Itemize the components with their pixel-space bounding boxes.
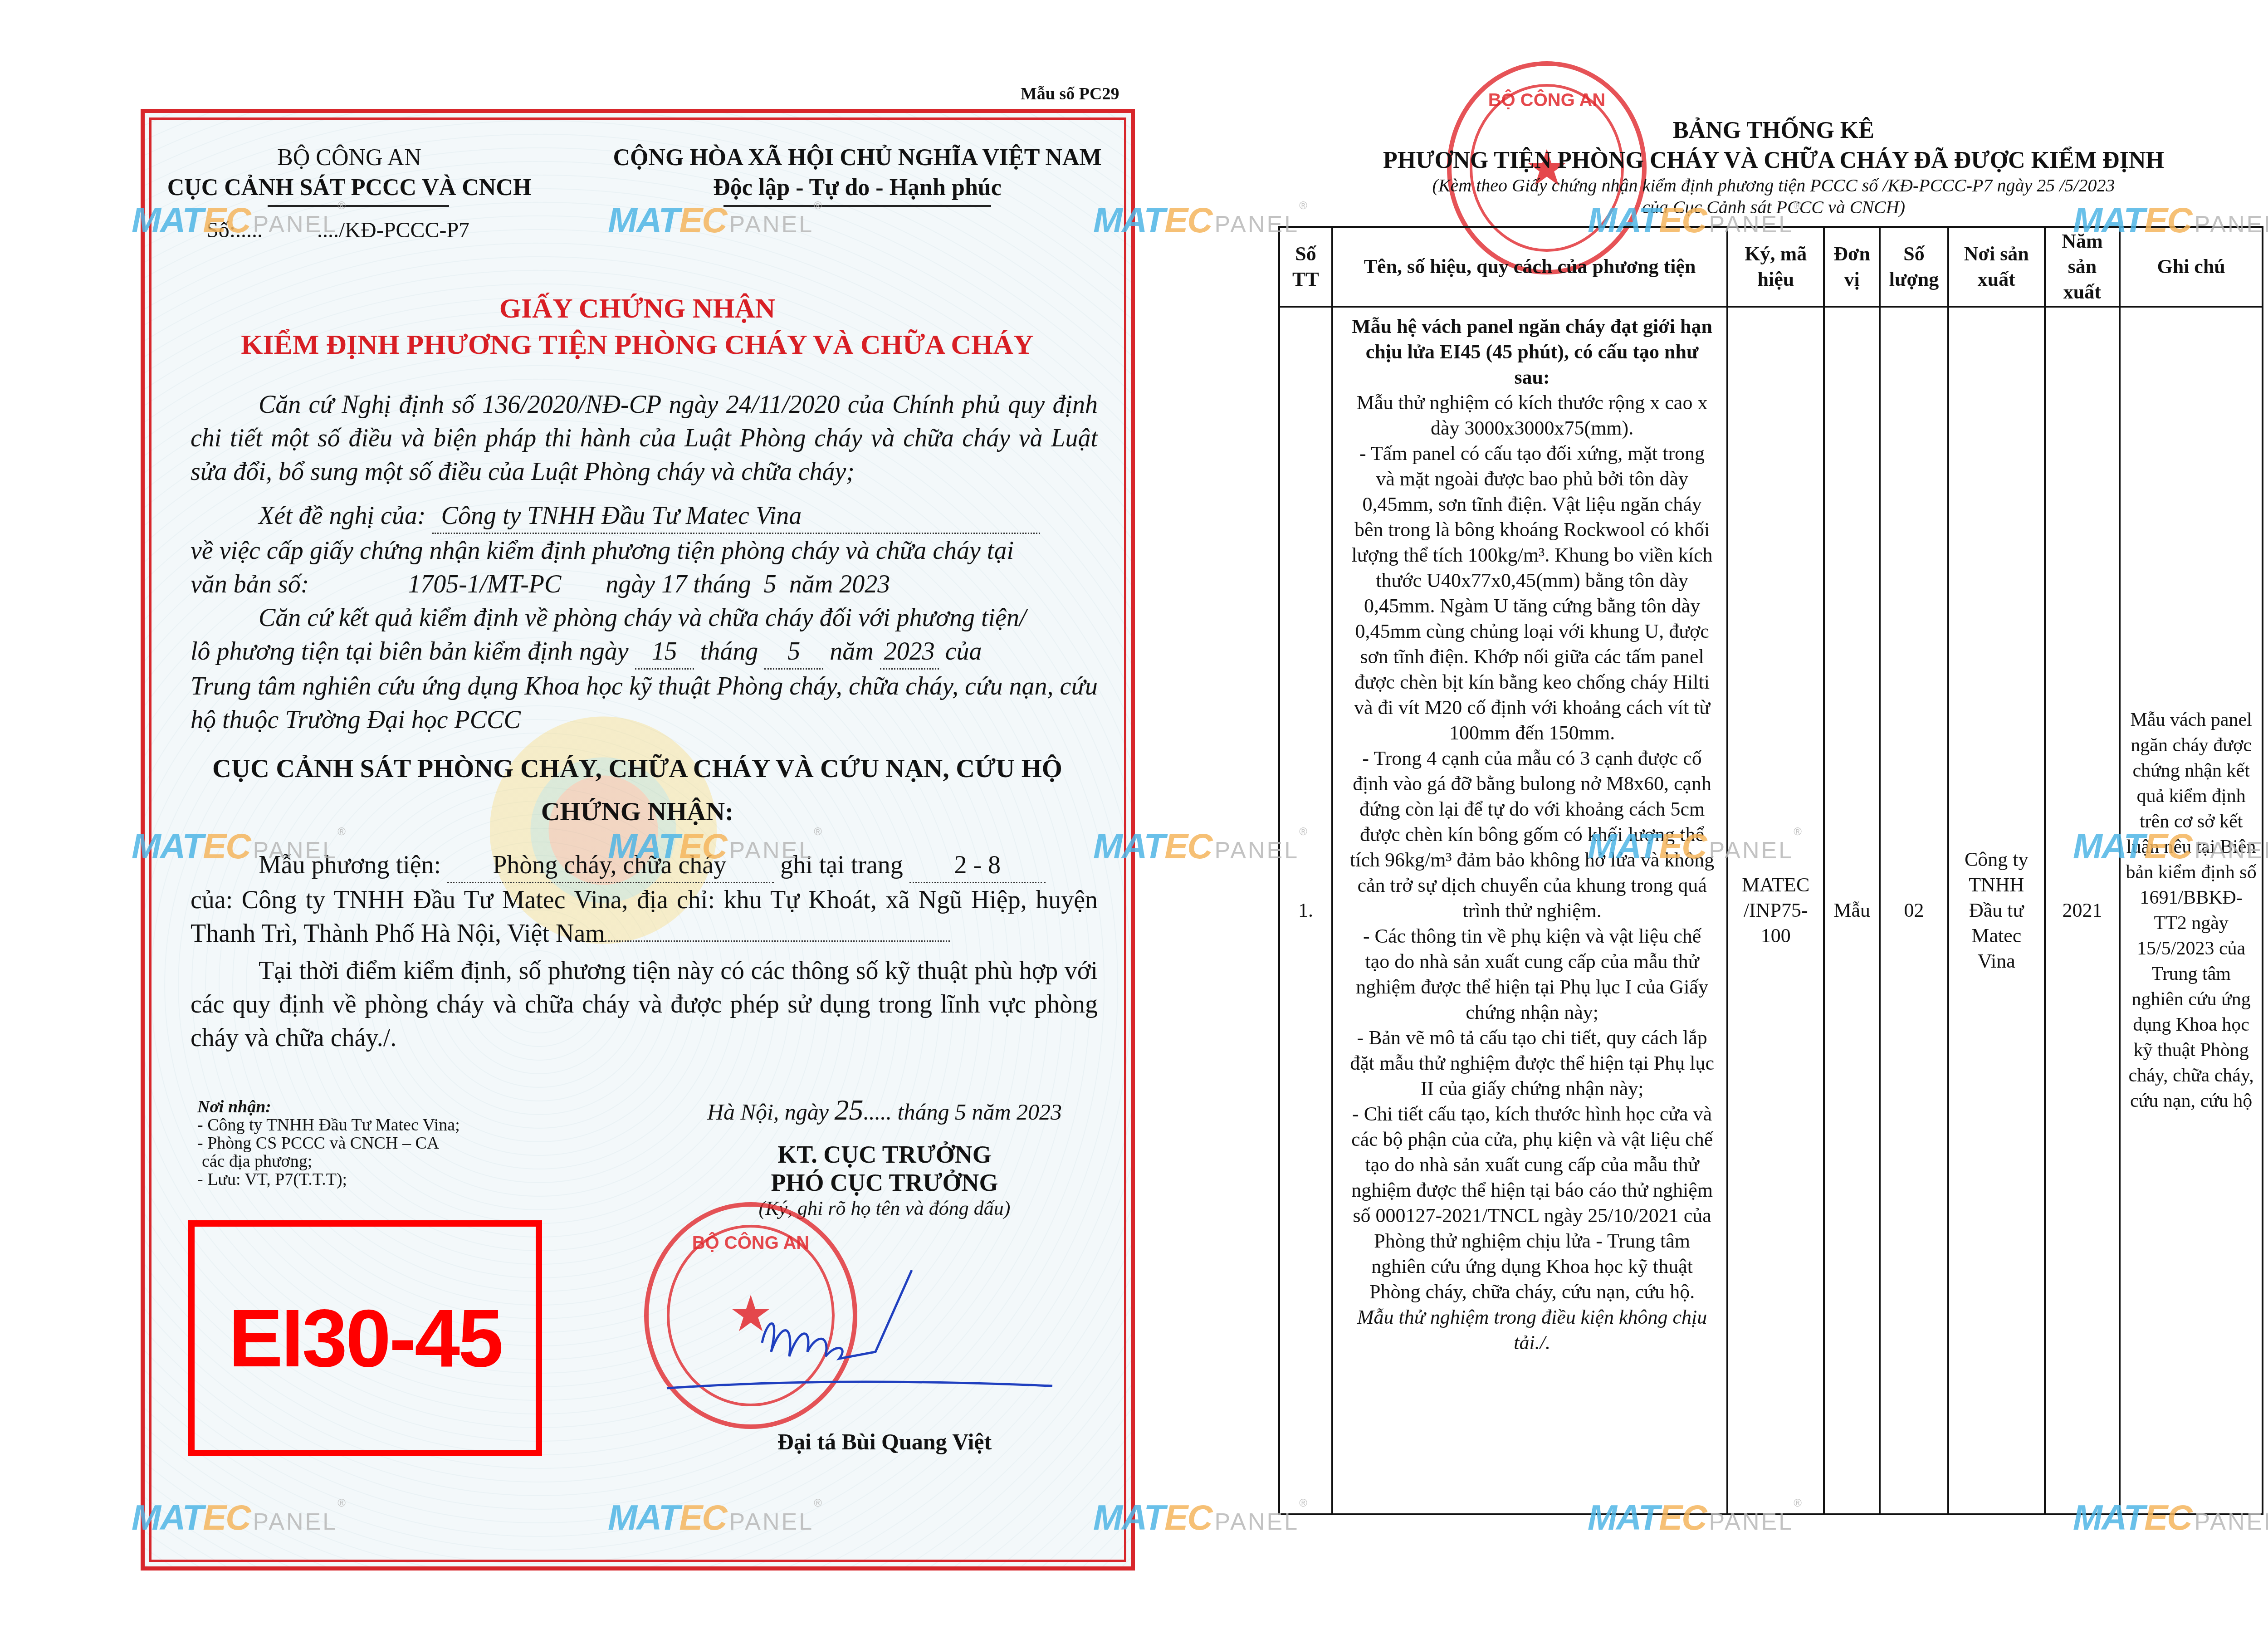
- result-day: 15: [635, 635, 694, 670]
- statistics-title: BẢNG THỐNG KÊ PHƯƠNG TIỆN PHÒNG CHÁY VÀ …: [1284, 116, 2263, 176]
- owner-text: Công ty TNHH Đầu Tư Matec Vina, địa chỉ:…: [191, 886, 1098, 948]
- result-line2-suffix: của: [945, 637, 982, 665]
- matec-panel-watermark-logo: MATECPANEL®: [1588, 826, 1802, 867]
- recipient-item: - Công ty TNHH Đầu Tư Matec Vina;: [197, 1116, 460, 1134]
- certificate-title: GIẤY CHỨNG NHẬN KIỂM ĐỊNH PHƯƠNG TIỆN PH…: [150, 290, 1125, 363]
- col-header-quantity: Số lượng: [1880, 227, 1948, 307]
- form-number: Mẫu số PC29: [1021, 84, 1119, 104]
- doc-ref-day: 17: [661, 570, 687, 598]
- proposal-company: Công ty TNHH Đầu Tư Matec Vina: [432, 499, 1040, 534]
- cell-model-code: MATEC /INP75-100: [1727, 307, 1824, 1514]
- matec-panel-watermark-logo: MATECPANEL®: [132, 826, 346, 867]
- recipient-item: - Phòng CS PCCC và CNCH – CA: [197, 1134, 460, 1152]
- col-header-manufacturer: Nơi sản xuất: [1948, 227, 2045, 307]
- description-lead: Mẫu hệ vách panel ngăn cháy đạt giới hạn…: [1349, 314, 1715, 390]
- document-reference: văn bản số: 1705-1/MT-PC ngày 17 tháng 5…: [191, 568, 1098, 601]
- fire-rating-badge: EI30-45: [188, 1220, 542, 1456]
- proposal-line2: về việc cấp giấy chứng nhận kiểm định ph…: [191, 534, 1098, 568]
- matec-panel-watermark-logo: MATECPANEL®: [1093, 1497, 1307, 1538]
- col-header-unit: Đơn vị: [1824, 227, 1880, 307]
- doc-ref-day-label: ngày: [606, 570, 655, 598]
- proposal-block: Xét đề nghị của: Công ty TNHH Đầu Tư Mat…: [191, 499, 1098, 737]
- matec-panel-watermark-logo: MATECPANEL®: [608, 1497, 822, 1538]
- result-line2-prefix: lô phương tiện tại biên bản kiểm định ng…: [191, 637, 629, 665]
- statistics-title-line1: BẢNG THỐNG KÊ: [1284, 116, 2263, 146]
- department-name: CỤC CẢNH SÁT PCCC VÀ CNCH: [150, 173, 549, 203]
- issuer-header: BỘ CÔNG AN CỤC CẢNH SÁT PCCC VÀ CNCH: [150, 143, 549, 203]
- result-month: 5: [764, 635, 823, 670]
- motto: Độc lập - Tự do - Hạnh phúc: [581, 173, 1134, 203]
- doc-ref-label: văn bản số:: [191, 570, 309, 598]
- matec-panel-watermark-logo: MATECPANEL®: [1588, 1497, 1802, 1538]
- matec-panel-watermark-logo: MATECPANEL®: [132, 200, 346, 241]
- place-date: Hà Nội, ngày 25..... tháng 5 năm 2023: [635, 1093, 1134, 1127]
- table-row: 1. Mẫu hệ vách panel ngăn cháy đạt giới …: [1279, 307, 2263, 1514]
- certificate-title-line1: GIẤY CHỨNG NHẬN: [150, 290, 1125, 327]
- owner-line: của: Công ty TNHH Đầu Tư Matec Vina, địa…: [191, 883, 1098, 950]
- doc-ref-month: 5: [764, 570, 777, 598]
- recipients-block: Nơi nhận: - Công ty TNHH Đầu Tư Matec Vi…: [197, 1098, 460, 1189]
- proposal-label: Xét đề nghị của:: [259, 502, 426, 530]
- cell-quantity: 02: [1880, 307, 1948, 1514]
- signer-title-1: KT. CỤC TRƯỞNG: [635, 1140, 1134, 1169]
- matec-panel-watermark-logo: MATECPANEL®: [1093, 826, 1307, 867]
- cell-note: Mẫu vách panel ngăn cháy được chứng nhận…: [2120, 307, 2263, 1514]
- matec-panel-watermark-logo: MATECPANEL®: [2073, 1497, 2268, 1538]
- certifies-heading: CHỨNG NHẬN:: [150, 796, 1125, 827]
- certification-details: Mẫu phương tiện: Phòng cháy, chữa cháy g…: [191, 848, 1098, 1055]
- signer-name: Đại tá Bùi Quang Việt: [635, 1429, 1134, 1455]
- signature-icon: [658, 1207, 1066, 1411]
- signer-title-2: PHÓ CỤC TRƯỞNG: [635, 1169, 1134, 1197]
- recipient-item: - Lưu: VT, P7(T.T.T);: [197, 1170, 460, 1189]
- statistics-subtitle-line1: (Kèm theo Giấy chứng nhận kiểm định phươ…: [1284, 175, 2263, 196]
- cell-unit: Mẫu: [1824, 307, 1880, 1514]
- result-year-label: năm: [830, 637, 873, 665]
- pages-value: 2 - 8: [909, 848, 1046, 883]
- conclusion-paragraph: Tại thời điểm kiểm định, số phương tiện …: [191, 954, 1098, 1055]
- place-date-suffix: ..... tháng 5 năm 2023: [864, 1099, 1062, 1125]
- matec-panel-watermark-logo: MATECPANEL®: [132, 1497, 346, 1538]
- description-line: Mẫu thử nghiệm có kích thước rộng x cao …: [1349, 390, 1715, 441]
- matec-panel-watermark-logo: MATECPANEL®: [1093, 200, 1307, 241]
- doc-ref-month-label: tháng: [693, 570, 751, 598]
- description-end: Mẫu thử nghiệm trong điều kiện không chị…: [1349, 1305, 1715, 1355]
- ministry-name: BỘ CÔNG AN: [150, 143, 549, 173]
- result-month-label: tháng: [700, 637, 758, 665]
- description-line: - Tấm panel có cấu tạo đối xứng, mặt tro…: [1349, 441, 1715, 746]
- legal-basis-paragraph: Căn cứ Nghị định số 136/2020/NĐ-CP ngày …: [191, 388, 1098, 489]
- cell-manufacturer: Công ty TNHH Đầu tư Matec Vina: [1948, 307, 2045, 1514]
- cell-description: Mẫu hệ vách panel ngăn cháy đạt giới hạn…: [1332, 307, 1728, 1514]
- doc-ref-year: 2023: [839, 570, 890, 598]
- statistics-title-line2: PHƯƠNG TIỆN PHÒNG CHÁY VÀ CHỮA CHÁY ĐÃ Đ…: [1284, 146, 2263, 176]
- owner-label: của:: [191, 886, 233, 914]
- recipients-label: Nơi nhận:: [197, 1097, 271, 1116]
- description-line: - Chi tiết cấu tạo, kích thước hình học …: [1349, 1101, 1715, 1305]
- certificate-title-line2: KIỂM ĐỊNH PHƯƠNG TIỆN PHÒNG CHÁY VÀ CHỮA…: [150, 327, 1125, 363]
- matec-panel-watermark-logo: MATECPANEL®: [1588, 200, 1802, 241]
- description-line: - Bản vẽ mô tả cấu tạo chi tiết, quy các…: [1349, 1025, 1715, 1101]
- description-line: - Các thông tin về phụ kiện và vật liệu …: [1349, 924, 1715, 1025]
- doc-ref-year-label: năm: [789, 570, 833, 598]
- matec-panel-watermark-logo: MATECPANEL®: [2073, 826, 2268, 867]
- matec-panel-watermark-logo: MATECPANEL®: [608, 200, 822, 241]
- agency-heading: CỤC CẢNH SÁT PHÒNG CHÁY, CHỮA CHÁY VÀ CỨ…: [150, 753, 1125, 783]
- country-name: CỘNG HÒA XÃ HỘI CHỦ NGHĨA VIỆT NAM: [581, 143, 1134, 173]
- national-header: CỘNG HÒA XÃ HỘI CHỦ NGHĨA VIỆT NAM Độc l…: [581, 143, 1134, 203]
- matec-panel-watermark-logo: MATECPANEL®: [2073, 200, 2268, 241]
- cell-year: 2021: [2045, 307, 2120, 1514]
- fire-rating-text: EI30-45: [229, 1292, 502, 1385]
- recipient-item: các địa phương;: [197, 1152, 460, 1170]
- place-date-day: 25: [835, 1094, 864, 1126]
- result-year: 2023: [880, 635, 939, 670]
- result-line1: Căn cứ kết quả kiểm định về phòng cháy v…: [191, 601, 1098, 635]
- matec-panel-watermark-logo: MATECPANEL®: [608, 826, 822, 867]
- doc-ref-number: 1705-1/MT-PC: [408, 570, 561, 598]
- cell-index: 1.: [1279, 307, 1332, 1514]
- seal-text: BỘ CÔNG AN: [1452, 90, 1642, 111]
- place-date-prefix: Hà Nội, ngày: [707, 1099, 829, 1125]
- result-line2: lô phương tiện tại biên bản kiểm định ng…: [191, 635, 1098, 670]
- statistics-table: Số TT Tên, số hiệu, quy cách của phương …: [1278, 226, 2263, 1515]
